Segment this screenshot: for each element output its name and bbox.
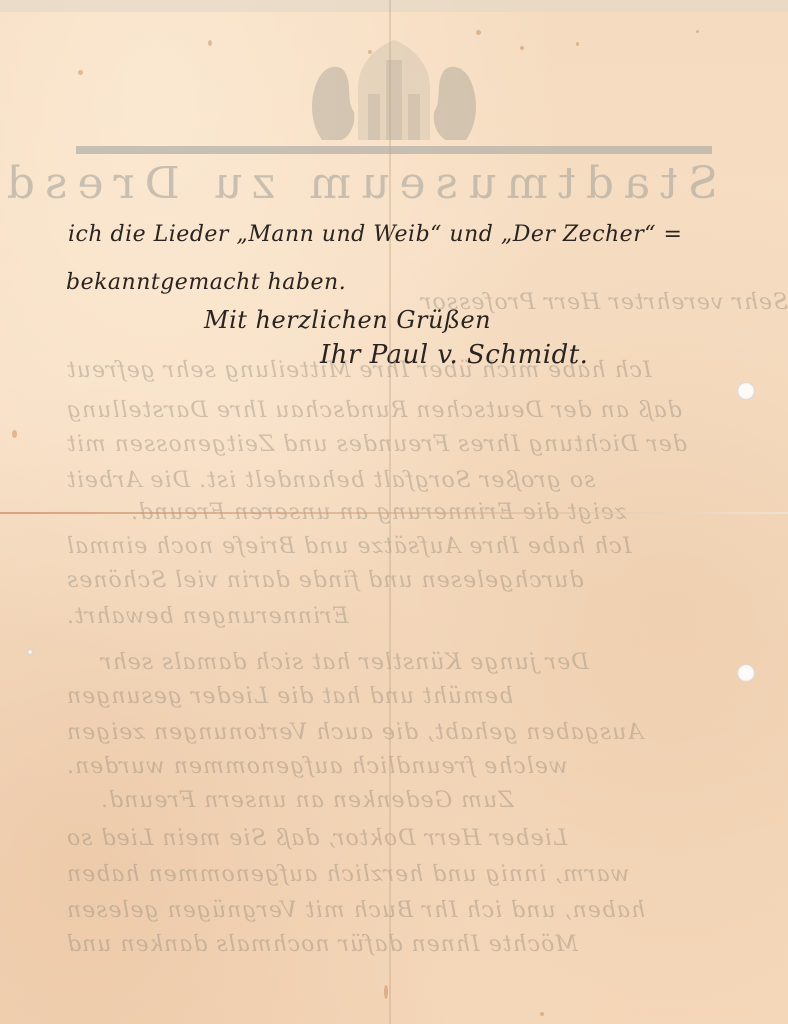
- foxing-spot: [540, 1012, 544, 1016]
- horizontal-fold-line: [0, 512, 788, 514]
- bleed-through-line: Möchte Ihnen dafür nochmals danken und: [66, 932, 578, 957]
- punch-hole: [737, 664, 755, 682]
- bleed-through-line: der Dichtung Ihres Freundes und Zeitgeno…: [66, 432, 687, 457]
- letterhead-title: Stadtmuseum zu Dresden: [70, 158, 718, 210]
- scan-edge: [0, 0, 788, 12]
- bleed-through-line: daß an der Deutschen Rundschau Ihre Dars…: [66, 398, 682, 423]
- bleed-through-line: Lieber Herr Doktor, daß Sie mein Lied so: [66, 826, 567, 851]
- pinhole: [27, 649, 33, 655]
- foxing-spot: [78, 70, 83, 75]
- bleed-through-line: Ich habe Ihre Aufsätze und Briefe noch e…: [66, 534, 631, 559]
- bleed-through-line: warm, innig und herzlich aufgenommen hab…: [66, 862, 629, 887]
- closing-salutation: Mit herzlichen Grüßen: [204, 306, 491, 334]
- punch-hole: [737, 382, 755, 400]
- bleed-through-line: bemüht und hat die Lieder gesungen: [66, 684, 513, 709]
- letter-page: Stadtmuseum zu Dresden Sehr verehrter He…: [0, 0, 788, 1024]
- bleed-through-line: Zum Gedenken an unsern Freund.: [100, 788, 514, 813]
- foxing-spot: [12, 430, 17, 438]
- bleed-through-line: so großer Sorgfalt behandelt ist. Die Ar…: [66, 468, 595, 493]
- foxing-spot: [696, 30, 699, 33]
- foxing-spot: [384, 985, 388, 999]
- foxing-spot: [476, 30, 481, 35]
- signature: Ihr Paul v. Schmidt.: [320, 340, 588, 370]
- bleed-through-line: Ausgaben gehabt, die auch Vertonungen ze…: [66, 720, 643, 745]
- foxing-spot: [576, 42, 579, 46]
- bleed-through-line: Erinnerungen bewahrt.: [66, 604, 349, 629]
- bleed-through-line: haben, und ich Ihr Buch mit Vergnügen ge…: [66, 898, 645, 923]
- letterhead-rule: [76, 146, 712, 154]
- coat-of-arms-icon: [298, 40, 490, 144]
- foxing-spot: [520, 46, 524, 50]
- bleed-through-line: durchgelesen und finde darin viel Schöne…: [66, 568, 583, 593]
- bleed-through-line: Der junge Künstler hat sich damals sehr: [100, 650, 589, 675]
- foxing-spot: [208, 40, 212, 46]
- bleed-through-line: welche freundlich aufgenommen wurden.: [66, 754, 568, 779]
- handwritten-line: ich die Lieder „Mann und Weib“ und „Der …: [68, 222, 682, 247]
- handwritten-line: bekanntgemacht haben.: [66, 270, 346, 295]
